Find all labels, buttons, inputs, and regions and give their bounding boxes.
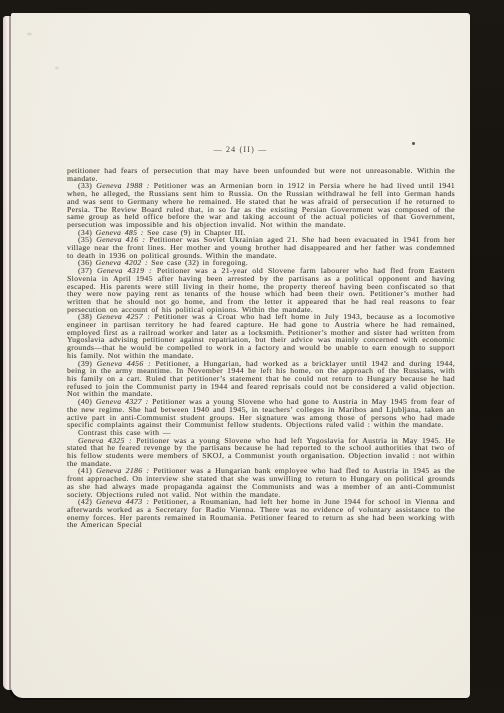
case-paragraph: (39) Geneva 4456 : Petitioner, a Hungari… [67, 360, 455, 399]
case-paragraph: (42) Geneva 4473 : Petitioner, a Roumani… [67, 498, 455, 529]
case-paragraph: (38) Geneva 4257 : Petitioner was a Croa… [67, 313, 455, 359]
case-paragraph: Geneva 4325 : Petitioner was a young Slo… [67, 437, 455, 468]
case-paragraph: (35) Geneva 416 : Petitioner was Soviet … [67, 236, 455, 259]
case-paragraph: petitioner had fears of persecution that… [67, 167, 455, 182]
case-paragraph: (37) Geneva 4319 : Petitioner was a 21-y… [67, 267, 455, 313]
case-paragraph: (41) Geneva 2186 : Petitioner was a Hung… [67, 467, 455, 498]
case-text: petitioner had fears of persecution that… [67, 166, 455, 183]
document-page: — 24 (II) — petitioner had fears of pers… [11, 13, 470, 698]
page-number-header: — 24 (II) — [11, 13, 470, 154]
case-text: Petitioner was an Armenian born in 1912 … [67, 181, 455, 229]
case-paragraph: (40) Geneva 4327 : Petitioner was a youn… [67, 398, 455, 429]
case-paragraph: (33) Geneva 1988 : Petitioner was an Arm… [67, 182, 455, 228]
case-text: Petitioner was a Croat who had left home… [67, 312, 455, 360]
scanned-book-photo: — 24 (II) — petitioner had fears of pers… [0, 0, 504, 713]
paper-speck [27, 33, 32, 35]
page-text-block: petitioner had fears of persecution that… [67, 167, 455, 529]
paper-speck [55, 67, 59, 69]
case-text: Petitioner was a 21-year old Slovene far… [67, 266, 455, 314]
ink-speck [412, 142, 415, 145]
